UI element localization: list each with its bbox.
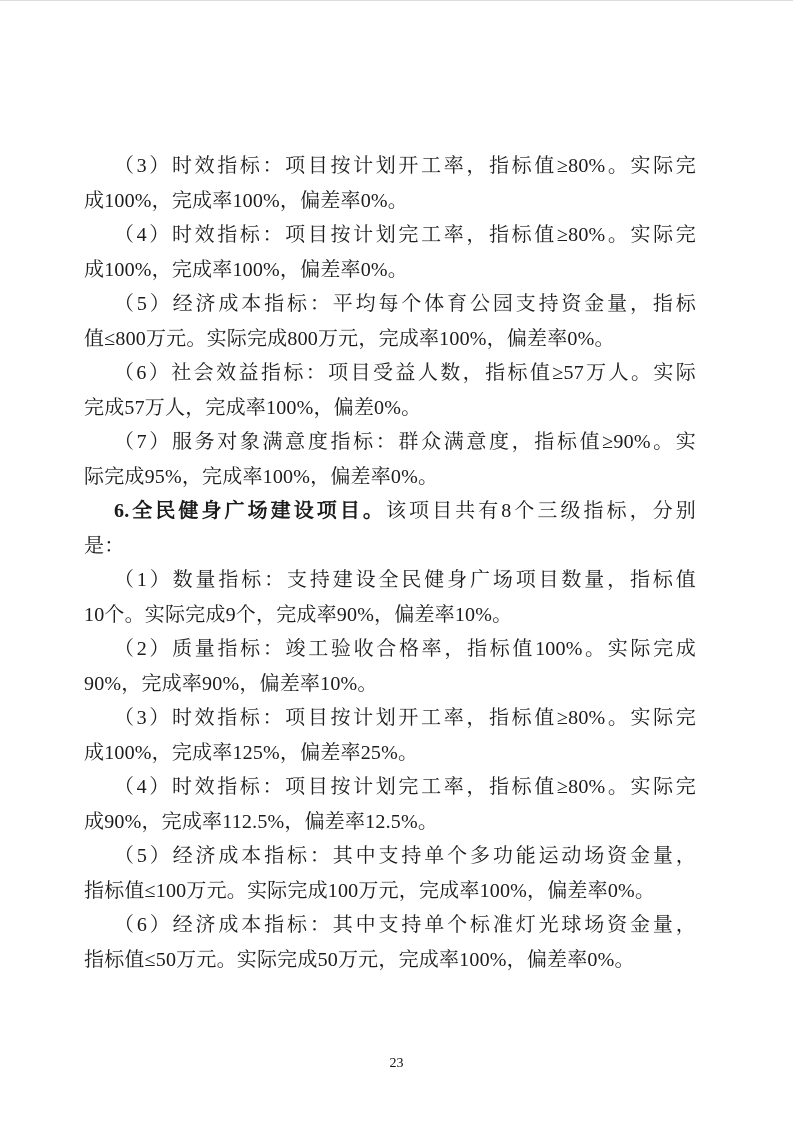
text-line: 成100%，完成率125%，偏差率25%。 [84,736,696,771]
text-line: （6）经济成本指标：其中支持单个标准灯光球场资金量， [84,908,696,943]
text-line: （1）数量指标：支持建设全民健身广场项目数量，指标值 [84,563,696,598]
text-line: 完成57万人，完成率100%，偏差0%。 [84,391,696,426]
indicator-paragraph: （4）时效指标：项目按计划完工率，指标值≥80%。实际完 成90%，完成率112… [84,770,696,839]
text-line: （5）经济成本指标：平均每个体育公园支持资金量，指标 [84,287,696,322]
heading-rest: 该项目共有8个三级指标，分别 [386,500,696,522]
text-line: 际完成95%，完成率100%，偏差率0%。 [84,460,696,495]
text-line: 值≤800万元。实际完成800万元，完成率100%，偏差率0%。 [84,322,696,357]
text-line: （2）质量指标：竣工验收合格率，指标值100%。实际完成 [84,632,696,667]
heading-line: 6.全民健身广场建设项目。该项目共有8个三级指标，分别 [84,494,696,529]
text-line: 90%，完成率90%，偏差率10%。 [84,667,696,702]
text-line: 指标值≤100万元。实际完成100万元，完成率100%，偏差率0%。 [84,874,696,909]
text-line: （7）服务对象满意度指标：群众满意度，指标值≥90%。实 [84,425,696,460]
text-line: （5）经济成本指标：其中支持单个多功能运动场资金量， [84,839,696,874]
project-heading: 6.全民健身广场建设项目。 [114,500,386,522]
report-body: （3）时效指标：项目按计划开工率，指标值≥80%。实际完 成100%，完成率10… [84,149,696,977]
indicator-paragraph: （7）服务对象满意度指标：群众满意度，指标值≥90%。实 际完成95%，完成率1… [84,425,696,494]
text-line: 成100%，完成率100%，偏差率0%。 [84,253,696,288]
indicator-paragraph: （6）社会效益指标：项目受益人数，指标值≥57万人。实际 完成57万人，完成率1… [84,356,696,425]
text-line: 成90%，完成率112.5%，偏差率12.5%。 [84,805,696,840]
text-line: （6）社会效益指标：项目受益人数，指标值≥57万人。实际 [84,356,696,391]
indicator-paragraph: （6）经济成本指标：其中支持单个标准灯光球场资金量， 指标值≤50万元。实际完成… [84,908,696,977]
text-line: 成100%，完成率100%，偏差率0%。 [84,184,696,219]
text-line: （3）时效指标：项目按计划开工率，指标值≥80%。实际完 [84,149,696,184]
text-line: 是： [84,529,696,564]
text-line: （4）时效指标：项目按计划完工率，指标值≥80%。实际完 [84,218,696,253]
indicator-paragraph: （5）经济成本指标：其中支持单个多功能运动场资金量， 指标值≤100万元。实际完… [84,839,696,908]
text-line: （3）时效指标：项目按计划开工率，指标值≥80%。实际完 [84,701,696,736]
indicator-paragraph: （1）数量指标：支持建设全民健身广场项目数量，指标值 10个。实际完成9个，完成… [84,563,696,632]
indicator-paragraph: （3）时效指标：项目按计划开工率，指标值≥80%。实际完 成100%，完成率10… [84,149,696,218]
page-number: 23 [390,1056,404,1071]
text-line: （4）时效指标：项目按计划完工率，指标值≥80%。实际完 [84,770,696,805]
document-page: （3）时效指标：项目按计划开工率，指标值≥80%。实际完 成100%，完成率10… [0,0,793,1126]
section-heading-paragraph: 6.全民健身广场建设项目。该项目共有8个三级指标，分别 是： [84,494,696,563]
indicator-paragraph: （4）时效指标：项目按计划完工率，指标值≥80%。实际完 成100%，完成率10… [84,218,696,287]
indicator-paragraph: （5）经济成本指标：平均每个体育公园支持资金量，指标 值≤800万元。实际完成8… [84,287,696,356]
page-footer: 23 [0,1056,793,1072]
indicator-paragraph: （3）时效指标：项目按计划开工率，指标值≥80%。实际完 成100%，完成率12… [84,701,696,770]
text-line: 指标值≤50万元。实际完成50万元，完成率100%，偏差率0%。 [84,943,696,978]
indicator-paragraph: （2）质量指标：竣工验收合格率，指标值100%。实际完成 90%，完成率90%，… [84,632,696,701]
text-line: 10个。实际完成9个，完成率90%，偏差率10%。 [84,598,696,633]
